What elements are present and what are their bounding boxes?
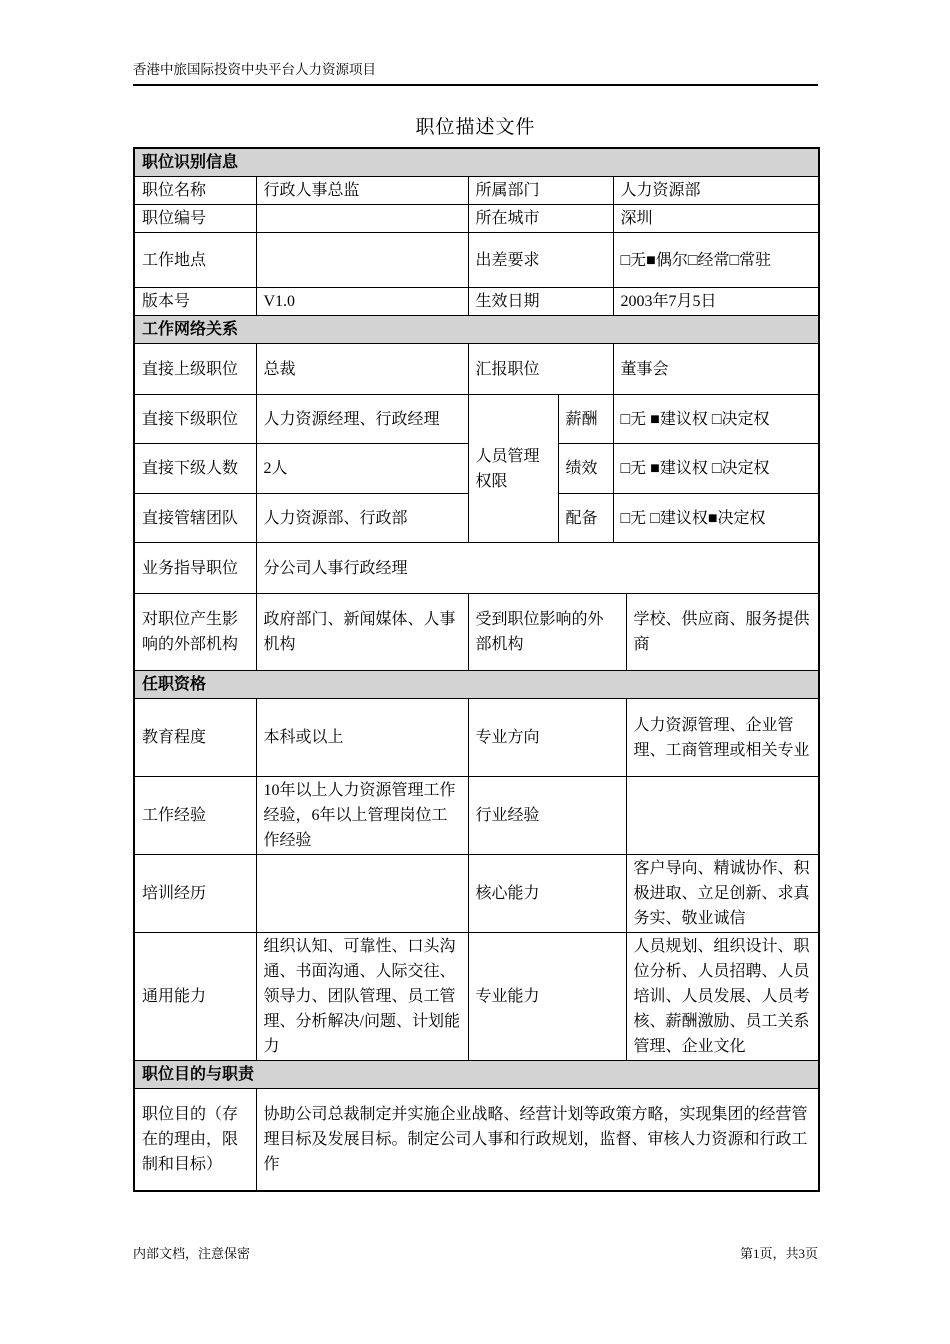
guidance-value-cell: 分公司人事行政经理 xyxy=(256,543,819,594)
footer-page-number: 第1页，共3页 xyxy=(740,1245,818,1263)
authority-performance-options-cell: □无 ■建议权 □决定权 xyxy=(613,444,819,494)
authority-performance-label-cell: 绩效 xyxy=(558,444,613,494)
footer-confidential-note: 内部文档，注意保密 xyxy=(133,1245,250,1263)
superior-label-cell: 直接上级职位 xyxy=(134,344,256,395)
major-label-cell: 专业方向 xyxy=(468,699,626,777)
table-row: 职位名称 行政人事总监 所属部门 人力资源部 xyxy=(134,177,819,205)
subordinate-count-value-cell: 2人 xyxy=(256,444,468,494)
general-comp-value-cell: 组织认知、可靠性、口头沟通、书面沟通、人际交往、领导力、团队管理、员工管理、分析… xyxy=(256,933,468,1061)
table-row: 职位编号 所在城市 深圳 xyxy=(134,205,819,233)
authority-staffing-label-cell: 配备 xyxy=(558,494,613,543)
section-title-network: 工作网络关系 xyxy=(134,316,819,344)
effective-date-label-cell: 生效日期 xyxy=(468,288,613,316)
training-value-cell xyxy=(256,855,468,933)
guidance-label-cell: 业务指导职位 xyxy=(134,543,256,594)
external-influenced-label-cell: 受到职位影响的外部机构 xyxy=(468,594,626,671)
table-row: 对职位产生影响的外部机构 政府部门、新闻媒体、人事机构 受到职位影响的外部机构 … xyxy=(134,594,819,671)
section-title-qualifications: 任职资格 xyxy=(134,671,819,699)
general-comp-label-cell: 通用能力 xyxy=(134,933,256,1061)
professional-comp-label-cell: 专业能力 xyxy=(468,933,626,1061)
report-to-value-cell: 董事会 xyxy=(613,344,819,395)
version-value-cell: V1.0 xyxy=(256,288,468,316)
version-label-cell: 版本号 xyxy=(134,288,256,316)
table-row: 通用能力 组织认知、可靠性、口头沟通、书面沟通、人际交往、领导力、团队管理、员工… xyxy=(134,933,819,1061)
subordinate-count-label-cell: 直接下级人数 xyxy=(134,444,256,494)
external-influencing-value-cell: 政府部门、新闻媒体、人事机构 xyxy=(256,594,468,671)
city-label-cell: 所在城市 xyxy=(468,205,613,233)
section-header-row-network: 工作网络关系 xyxy=(134,316,819,344)
section-title-identification: 职位识别信息 xyxy=(134,148,819,177)
industry-exp-value-cell xyxy=(626,777,819,855)
education-value-cell: 本科或以上 xyxy=(256,699,468,777)
effective-date-value-cell: 2003年7月5日 xyxy=(613,288,819,316)
report-to-label-cell: 汇报职位 xyxy=(468,344,613,395)
department-label-cell: 所属部门 xyxy=(468,177,613,205)
external-influenced-value-cell: 学校、供应商、服务提供商 xyxy=(626,594,819,671)
authority-salary-label-cell: 薪酬 xyxy=(558,395,613,444)
travel-checkboxes-cell: □无■偶尔□经常□常驻 xyxy=(613,233,819,288)
core-comp-label-cell: 核心能力 xyxy=(468,855,626,933)
purpose-label-cell: 职位目的（存在的理由，限制和目标） xyxy=(134,1089,256,1191)
section-title-purpose: 职位目的与职责 xyxy=(134,1061,819,1089)
managed-teams-label-cell: 直接管辖团队 xyxy=(134,494,256,543)
superior-value-cell: 总裁 xyxy=(256,344,468,395)
project-header: 香港中旅国际投资中央平台人力资源项目 xyxy=(133,60,818,86)
job-description-table: 职位识别信息 职位名称 行政人事总监 所属部门 人力资源部 职位编号 所在城市 … xyxy=(133,147,820,1192)
core-comp-value-cell: 客户导向、精诚协作、积极进取、立足创新、求真务实、敬业诚信 xyxy=(626,855,819,933)
table-row: 版本号 V1.0 生效日期 2003年7月5日 xyxy=(134,288,819,316)
page-footer: 内部文档，注意保密 第1页，共3页 xyxy=(133,1245,818,1263)
education-label-cell: 教育程度 xyxy=(134,699,256,777)
table-row: 直接上级职位 总裁 汇报职位 董事会 xyxy=(134,344,819,395)
table-row: 业务指导职位 分公司人事行政经理 xyxy=(134,543,819,594)
subordinate-positions-label-cell: 直接下级职位 xyxy=(134,395,256,444)
managed-teams-value-cell: 人力资源部、行政部 xyxy=(256,494,468,543)
department-value-cell: 人力资源部 xyxy=(613,177,819,205)
table-row: 职位目的（存在的理由，限制和目标） 协助公司总裁制定并实施企业战略、经营计划等政… xyxy=(134,1089,819,1191)
external-influencing-label-cell: 对职位产生影响的外部机构 xyxy=(134,594,256,671)
industry-exp-label-cell: 行业经验 xyxy=(468,777,626,855)
authority-staffing-options-cell: □无 □建议权■决定权 xyxy=(613,494,819,543)
job-code-label-cell: 职位编号 xyxy=(134,205,256,233)
subordinate-positions-value-cell: 人力资源经理、行政经理 xyxy=(256,395,468,444)
table-row: 工作经验 10年以上人力资源管理工作经验，6年以上管理岗位工作经验 行业经验 xyxy=(134,777,819,855)
major-value-cell: 人力资源管理、企业管理、工商管理或相关专业 xyxy=(626,699,819,777)
section-header-row-purpose: 职位目的与职责 xyxy=(134,1061,819,1089)
table-row: 工作地点 出差要求 □无■偶尔□经常□常驻 xyxy=(134,233,819,288)
purpose-value-cell: 协助公司总裁制定并实施企业战略、经营计划等政策方略，实现集团的经营管理目标及发展… xyxy=(256,1089,819,1191)
table-row: 直接下级职位 人力资源经理、行政经理 人员管理权限 薪酬 □无 ■建议权 □决定… xyxy=(134,395,819,444)
authority-label-cell: 人员管理权限 xyxy=(468,395,558,543)
section-header-row-identification: 职位识别信息 xyxy=(134,148,819,177)
job-code-value-cell xyxy=(256,205,468,233)
experience-value-cell: 10年以上人力资源管理工作经验，6年以上管理岗位工作经验 xyxy=(256,777,468,855)
section-header-row-qualifications: 任职资格 xyxy=(134,671,819,699)
work-location-value-cell xyxy=(256,233,468,288)
training-label-cell: 培训经历 xyxy=(134,855,256,933)
work-location-label-cell: 工作地点 xyxy=(134,233,256,288)
travel-label-cell: 出差要求 xyxy=(468,233,613,288)
table-row: 培训经历 核心能力 客户导向、精诚协作、积极进取、立足创新、求真务实、敬业诚信 xyxy=(134,855,819,933)
document-page: 香港中旅国际投资中央平台人力资源项目 职位描述文件 职位识别信息 职位名称 行政… xyxy=(0,0,950,1344)
city-value-cell: 深圳 xyxy=(613,205,819,233)
experience-label-cell: 工作经验 xyxy=(134,777,256,855)
document-title: 职位描述文件 xyxy=(133,116,818,140)
job-title-value-cell: 行政人事总监 xyxy=(256,177,468,205)
professional-comp-value-cell: 人员规划、组织设计、职位分析、人员招聘、人员培训、人员发展、人员考核、薪酬激励、… xyxy=(626,933,819,1061)
table-row: 教育程度 本科或以上 专业方向 人力资源管理、企业管理、工商管理或相关专业 xyxy=(134,699,819,777)
job-title-label-cell: 职位名称 xyxy=(134,177,256,205)
authority-salary-options-cell: □无 ■建议权 □决定权 xyxy=(613,395,819,444)
